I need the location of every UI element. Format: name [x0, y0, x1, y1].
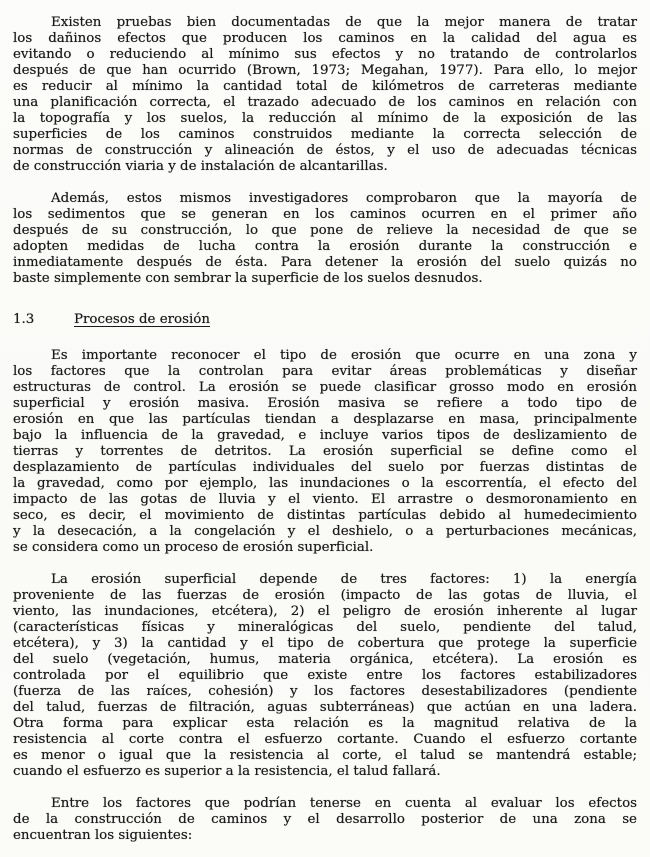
text-line: Entre los factores que podrían tenerse e…	[13, 796, 637, 812]
text-line: tierras y torrentes de detritos. La eros…	[13, 444, 637, 460]
text-line: es reducir al mínimo la cantidad total d…	[13, 79, 637, 95]
text-line: superficial y erosión masiva. Erosión ma…	[13, 396, 637, 412]
text-line: estructuras de control. La erosión se pu…	[13, 380, 637, 396]
text-line: la topografía y los suelos, la reducción…	[13, 111, 637, 127]
text-line: etcétera), y 3) la cantidad y el tipo de…	[13, 636, 637, 652]
text-line: Otra forma para explicar esta relación e…	[13, 716, 637, 732]
section-number: 1.3	[13, 312, 74, 328]
text-line: (características físicas y mineralógicas…	[13, 620, 637, 636]
text-line: de construcción viaria y de instalación …	[13, 159, 637, 175]
text-line: de la construcción de caminos y el desar…	[13, 812, 637, 828]
text-line: seco, es decir, el movimiento de distint…	[13, 508, 637, 524]
text-line: desplazamiento de partículas individuale…	[13, 460, 637, 476]
text-line: los sedimentos que se generan en los cam…	[13, 207, 637, 223]
text-line: es menor o igual que la resistencia al c…	[13, 748, 637, 764]
text-line: adopten medidas de lucha contra la erosi…	[13, 239, 637, 255]
paragraph-3: Es importante reconocer el tipo de erosi…	[13, 348, 637, 556]
section-title: Procesos de erosión	[74, 312, 210, 328]
text-line: baste simplemente con sembrar la superfi…	[13, 271, 637, 287]
text-line: inmediatamente después de ésta. Para det…	[13, 255, 637, 271]
document-page: Existen pruebas bien documentadas de que…	[0, 0, 650, 857]
text-line: los factores que la controlan para evita…	[13, 364, 637, 380]
text-line: La erosión superficial depende de tres f…	[13, 572, 637, 588]
text-line: bajo la influencia de la gravedad, e inc…	[13, 428, 637, 444]
text-line: evitando o reduciendo al mínimo sus efec…	[13, 47, 637, 63]
text-line: impacto de las gotas de lluvia y el vien…	[13, 492, 637, 508]
text-line: cuando el esfuerzo es superior a la resi…	[13, 764, 637, 780]
text-line: controlada por el equilibrio que existe …	[13, 668, 637, 684]
text-line: del talud, fuerzas de filtración, aguas …	[13, 700, 637, 716]
text-line: resistencia al corte contra el esfuerzo …	[13, 732, 637, 748]
text-line: después de que han ocurrido (Brown, 1973…	[13, 63, 637, 79]
text-line: (fuerza de las raíces, cohesión) y los f…	[13, 684, 637, 700]
text-line: Además, estos mismos investigadores comp…	[13, 191, 637, 207]
text-line: Es importante reconocer el tipo de erosi…	[13, 348, 637, 364]
paragraph-5: Entre los factores que podrían tenerse e…	[13, 796, 637, 844]
text-line: la gravedad, como por ejemplo, las inund…	[13, 476, 637, 492]
text-line: Existen pruebas bien documentadas de que…	[13, 15, 637, 31]
text-line: después de su construcción, lo que pone …	[13, 223, 637, 239]
text-line: normas de construcción y alineación de é…	[13, 143, 637, 159]
paragraph-2: Además, estos mismos investigadores comp…	[13, 191, 637, 287]
text-line: erosión en que las partículas tiendan a …	[13, 412, 637, 428]
paragraph-4: La erosión superficial depende de tres f…	[13, 572, 637, 780]
text-line: los dañinos efectos que producen los cam…	[13, 31, 637, 47]
text-line: del suelo (vegetación, humus, materia or…	[13, 652, 637, 668]
text-line: y la desecación, a la congelación y el d…	[13, 524, 637, 540]
text-line: superficies de los caminos construidos m…	[13, 127, 637, 143]
section-heading: 1.3Procesos de erosión	[13, 312, 637, 328]
text-line: se considera como un proceso de erosión …	[13, 540, 637, 556]
paragraph-1: Existen pruebas bien documentadas de que…	[13, 15, 637, 175]
text-line: viento, las inundaciones, etcétera), 2) …	[13, 604, 637, 620]
text-line: una planificación correcta, el trazado a…	[13, 95, 637, 111]
text-line: encuentran los siguientes:	[13, 828, 637, 844]
text-line: proveniente de las fuerzas de erosión (i…	[13, 588, 637, 604]
